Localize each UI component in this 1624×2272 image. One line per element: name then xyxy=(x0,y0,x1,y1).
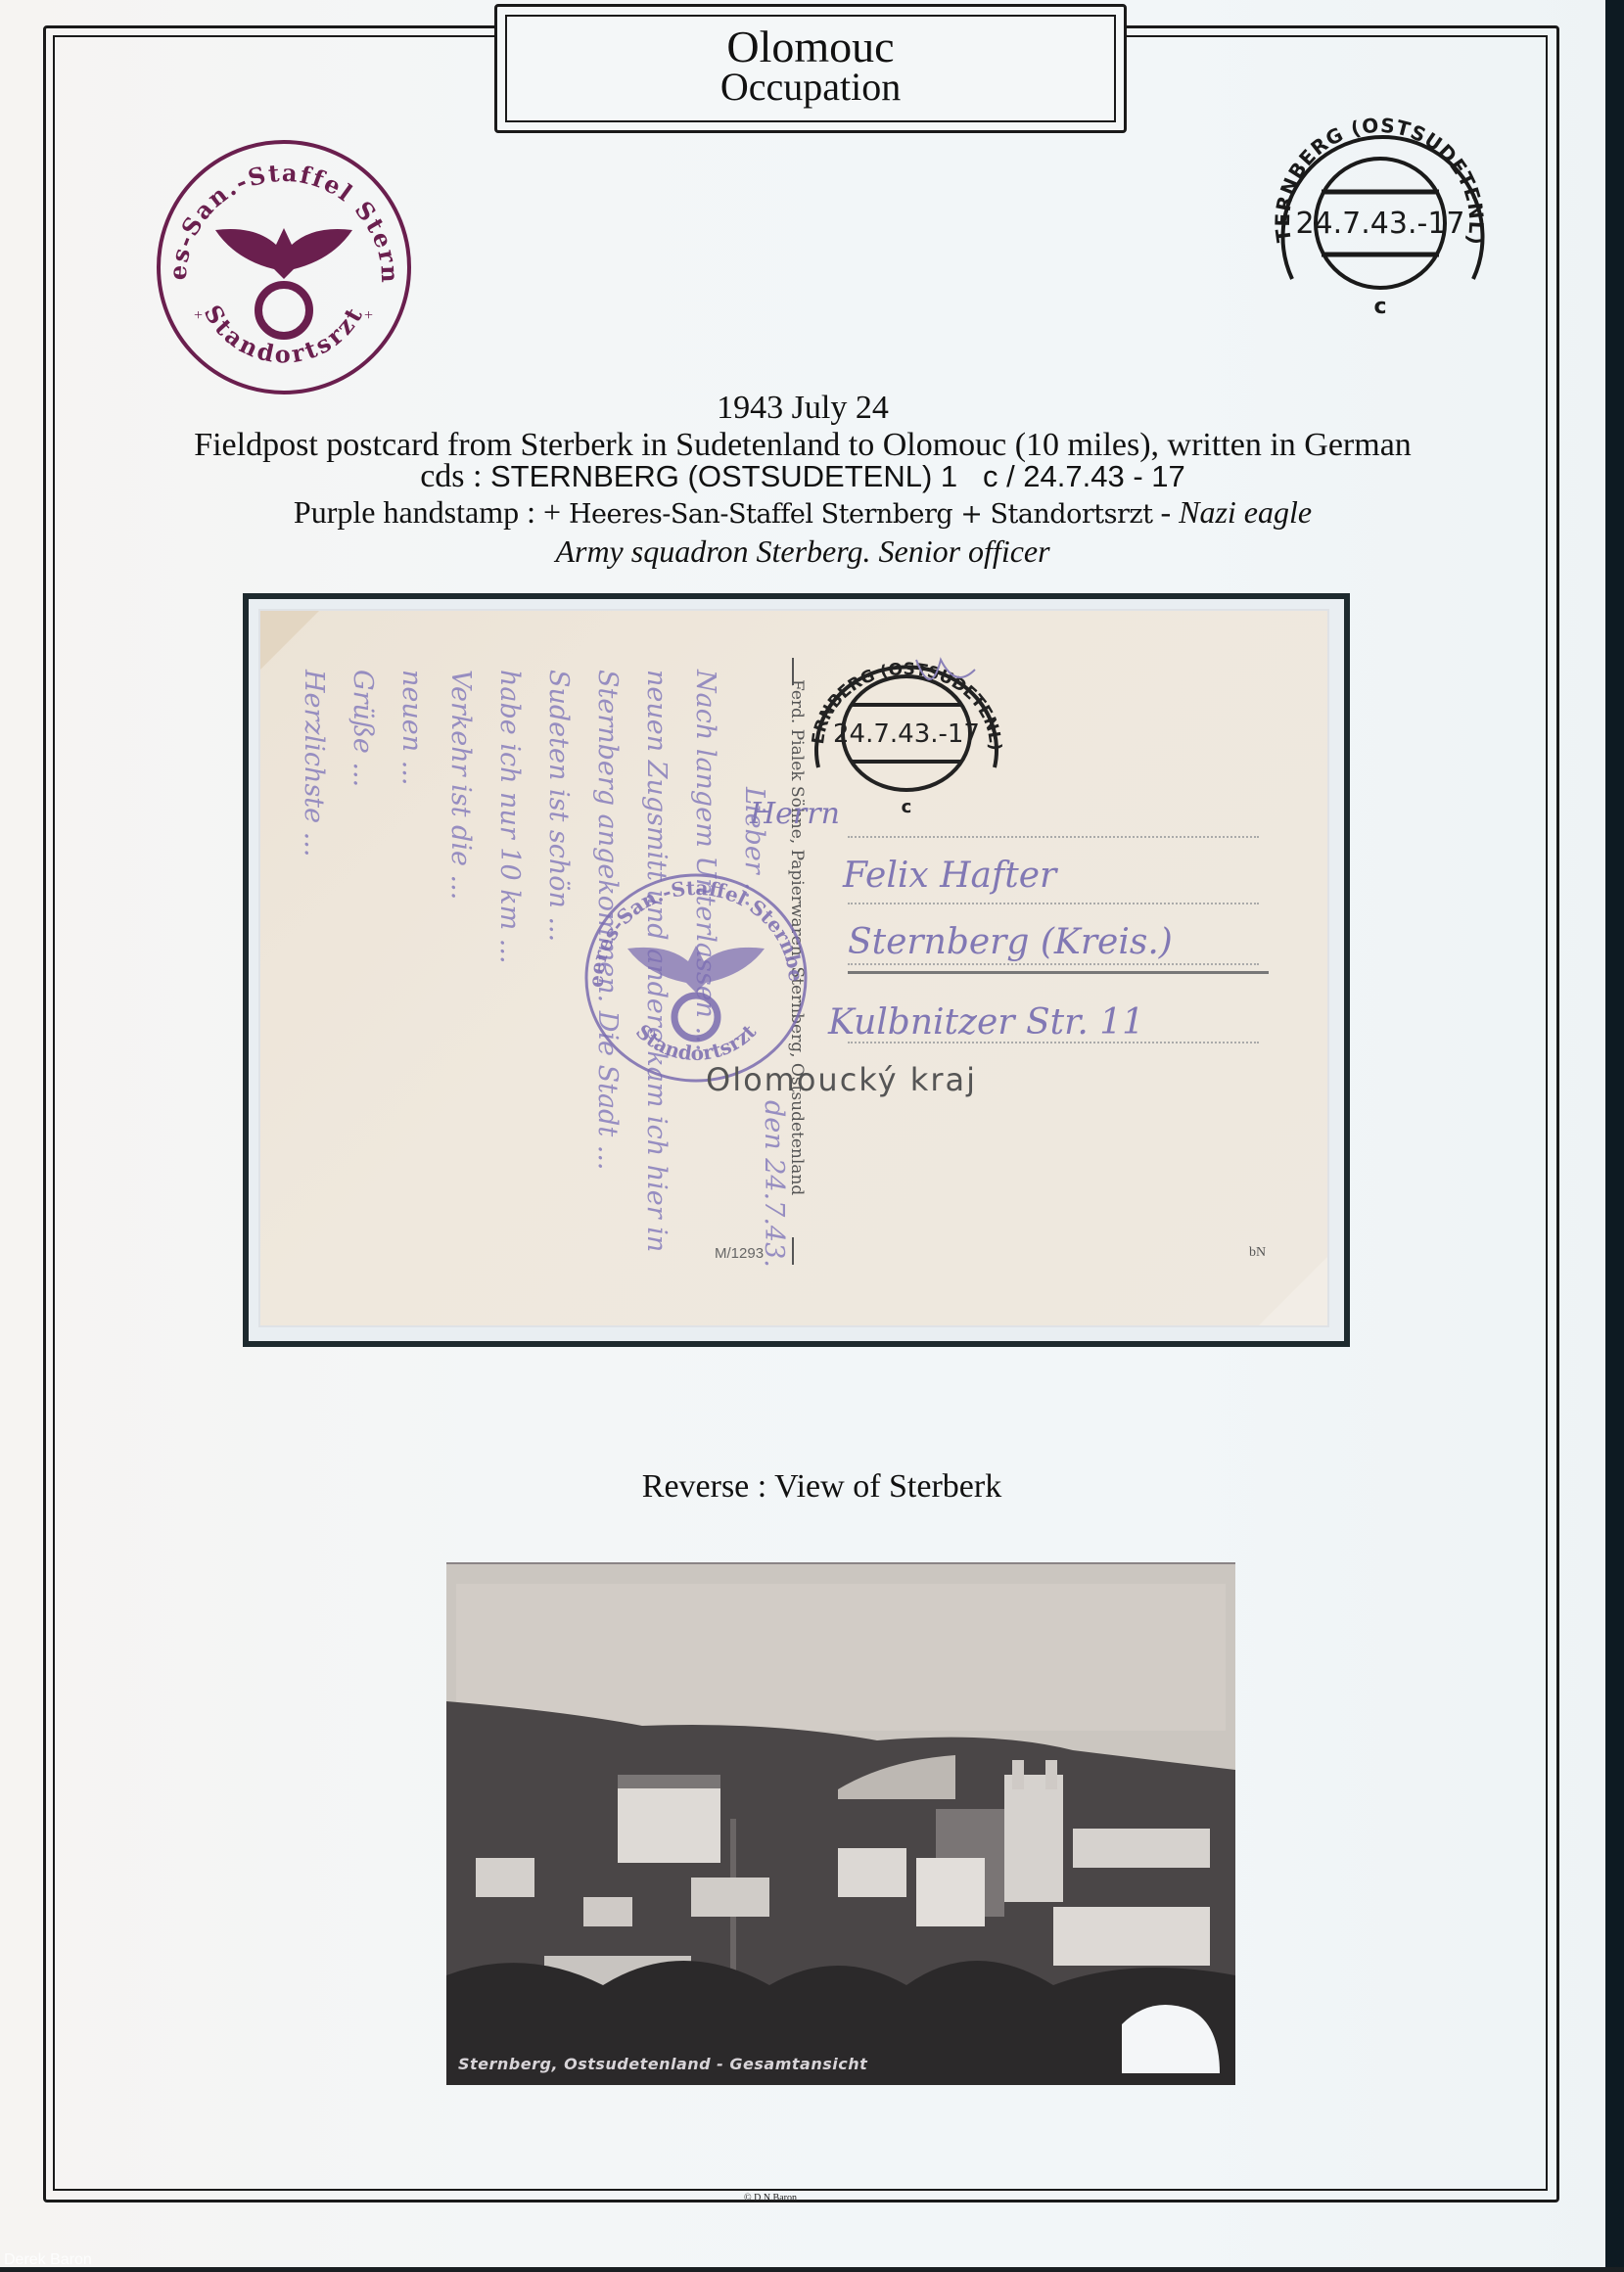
scan-edge xyxy=(1605,0,1624,2272)
title-box: Olomouc Occupation xyxy=(494,4,1127,133)
message-line: Sudeten ist schön ... xyxy=(543,670,574,942)
printer-mark: bN xyxy=(1249,1245,1266,1261)
message-line: Grüße ... xyxy=(348,670,378,787)
cover-date: 1943 July 24 xyxy=(59,390,1547,427)
postcard-unit-handstamp: Heeres-San.-Staffel Sternberg Standortsr… xyxy=(574,865,818,1090)
copyright: © D.N.Baron xyxy=(744,2193,797,2203)
address-salutation: Herrn xyxy=(750,797,840,831)
town-view-image xyxy=(446,1564,1235,2085)
handstamp-description: Purple handstamp : + Heeres-San-Staffel … xyxy=(59,494,1547,531)
address-street: Kulbnitzer Str. 11 xyxy=(828,1002,1144,1043)
address-line-2 xyxy=(848,903,1259,904)
message-date: den 24.7.43. xyxy=(759,1100,789,1268)
imprint-dash-bottom xyxy=(792,1237,794,1265)
card-code: M/1293 xyxy=(715,1245,764,1262)
unit-handstamp-enlarged: Heeres-San.-Staffel Sternberg Standortsr… xyxy=(147,132,421,401)
address-town: Sternberg (Kreis.) xyxy=(848,922,1173,962)
svg-text:+: + xyxy=(364,307,373,324)
svg-text:+: + xyxy=(194,307,203,324)
handstamp-text: Heeres-San-Staffel Sternberg + Standorts… xyxy=(569,499,1152,530)
svg-text:24.7.43.-17: 24.7.43.-17 xyxy=(833,719,980,749)
message-line: habe ich nur 10 km ... xyxy=(494,670,525,964)
postmark-icon: STERNBERG (OSTSUDETENL) 1 24.7.43.-17 c xyxy=(1263,108,1498,323)
address-line-1 xyxy=(848,836,1259,838)
message-line: Herzlichste ... xyxy=(299,670,329,857)
reverse-caption: Reverse : View of Sterberk xyxy=(0,1468,1624,1506)
cds-postmark-enlarged: STERNBERG (OSTSUDETENL) 1 24.7.43.-17 c xyxy=(1263,108,1498,323)
address-name: Felix Hafter xyxy=(843,856,1056,896)
svg-text:24.7.43.-17: 24.7.43.-17 xyxy=(1295,207,1464,241)
postcard-front: Lieber ...Nach langem Unterlassen ...neu… xyxy=(260,611,1327,1325)
cds-description: cds : STERNBERG (OSTSUDETENL) 1 c / 24.7… xyxy=(59,458,1547,495)
reverse-photo: Sternberg, Ostsudetenland - Gesamtansich… xyxy=(446,1562,1235,2085)
postcard-corner-mount xyxy=(1259,1257,1327,1325)
address-line-3 xyxy=(848,963,1259,965)
watermark: Derek Baron xyxy=(4,2251,92,2269)
photo-caption: Sternberg, Ostsudetenland - Gesamtansich… xyxy=(458,2055,867,2073)
postcard-cds-postmark: STERNBERG (OSTSUDETENL) 1 24.7.43.-17 c xyxy=(794,640,1019,816)
message-line: neuen ... xyxy=(396,670,427,785)
svg-text:Standortsrzt: Standortsrzt xyxy=(631,1019,762,1065)
postcard-mount: Lieber ...Nach langem Unterlassen ...neu… xyxy=(243,593,1350,1347)
scan-edge-bottom xyxy=(0,2267,1624,2272)
cds-label: cds : xyxy=(420,458,490,494)
svg-text:c: c xyxy=(902,797,912,816)
handstamp-note: - Nazi eagle xyxy=(1152,494,1312,530)
svg-text:c: c xyxy=(1373,295,1386,319)
page-subtitle: Occupation xyxy=(497,64,1124,110)
handstamp-seal-icon: Heeres-San.-Staffel Sternberg Standortsr… xyxy=(147,132,421,401)
handstamp-label: Purple handstamp : + xyxy=(294,494,569,530)
cds-value: STERNBERG (OSTSUDETENL) 1 c / 24.7.43 - … xyxy=(490,459,1185,493)
pencil-note: Olomoucký kraj xyxy=(706,1061,977,1098)
address-underline xyxy=(848,971,1269,974)
postmark-icon: STERNBERG (OSTSUDETENL) 1 24.7.43.-17 c xyxy=(794,640,1019,816)
handstamp-seal-icon: Heeres-San.-Staffel Sternberg Standortsr… xyxy=(574,865,818,1090)
handstamp-translation: Army squadron Sterberg. Senior officer xyxy=(59,533,1547,570)
message-line: Verkehr ist die ... xyxy=(445,670,476,900)
